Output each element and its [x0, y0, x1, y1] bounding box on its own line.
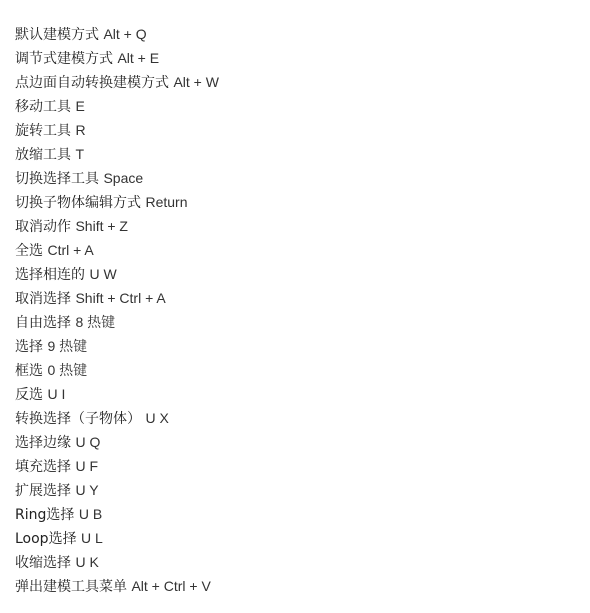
- shortcut-keys: Alt + Ctrl + V: [131, 578, 210, 594]
- shortcut-list: 默认建模方式 Alt + Q 调节式建模方式 Alt + E 点边面自动转换建模…: [15, 22, 219, 598]
- shortcut-keys: Shift + Z: [75, 218, 128, 234]
- shortcut-keys: U F: [75, 458, 98, 474]
- shortcut-action: 移动工具: [15, 99, 71, 115]
- shortcut-keys: U W: [89, 266, 116, 282]
- shortcut-item-rotate-tool: 旋转工具 R: [15, 118, 219, 142]
- shortcut-keys: T: [75, 146, 84, 162]
- shortcut-keys: U B: [79, 506, 102, 522]
- shortcut-action: 框选: [15, 363, 43, 379]
- shortcut-action: Ring选择: [15, 507, 74, 523]
- shortcut-keys: 8 热键: [75, 314, 115, 330]
- shortcut-item-invert-select: 反选 U I: [15, 382, 219, 406]
- shortcut-keys: Alt + E: [117, 50, 159, 66]
- shortcut-item-deselect: 取消选择 Shift + Ctrl + A: [15, 286, 219, 310]
- shortcut-keys: Space: [103, 170, 143, 186]
- shortcut-keys: U L: [81, 530, 103, 546]
- shortcut-item-select-border: 选择边缘 U Q: [15, 430, 219, 454]
- shortcut-item-convert-select: 转换选择（子物体） U X: [15, 406, 219, 430]
- shortcut-item-ring-select: Ring选择 U B: [15, 502, 219, 526]
- shortcut-keys: R: [75, 122, 85, 138]
- shortcut-keys: U X: [145, 410, 168, 426]
- shortcut-keys: Alt + W: [173, 74, 219, 90]
- shortcut-item-modeling-tools-menu: 弹出建模工具菜单 Alt + Ctrl + V: [15, 574, 219, 598]
- shortcut-action: 全选: [15, 243, 43, 259]
- shortcut-action: 取消选择: [15, 291, 71, 307]
- shortcut-keys: U Y: [75, 482, 98, 498]
- shortcut-keys: Shift + Ctrl + A: [75, 290, 165, 306]
- shortcut-item-undo: 取消动作 Shift + Z: [15, 214, 219, 238]
- shortcut-action: 选择边缘: [15, 435, 71, 451]
- shortcut-action: 收缩选择: [15, 555, 71, 571]
- shortcut-item-box-select: 框选 0 热键: [15, 358, 219, 382]
- shortcut-action: 选择相连的: [15, 267, 85, 283]
- shortcut-keys: Alt + Q: [103, 26, 146, 42]
- shortcut-item-switch-select-tool: 切换选择工具 Space: [15, 166, 219, 190]
- shortcut-item-fill-select: 填充选择 U F: [15, 454, 219, 478]
- shortcut-action: 旋转工具: [15, 123, 71, 139]
- shortcut-item-select: 选择 9 热键: [15, 334, 219, 358]
- shortcut-item-grow-select: 扩展选择 U Y: [15, 478, 219, 502]
- shortcut-keys: U K: [75, 554, 98, 570]
- shortcut-action: 弹出建模工具菜单: [15, 579, 127, 595]
- shortcut-keys: Return: [145, 194, 187, 210]
- shortcut-action: 取消动作: [15, 219, 71, 235]
- shortcut-item-adjust-modeling: 调节式建模方式 Alt + E: [15, 46, 219, 70]
- shortcut-action: 默认建模方式: [15, 27, 99, 43]
- shortcut-keys: 0 热键: [47, 362, 87, 378]
- shortcut-action: 选择: [15, 339, 43, 355]
- shortcut-item-scale-tool: 放缩工具 T: [15, 142, 219, 166]
- shortcut-item-select-all: 全选 Ctrl + A: [15, 238, 219, 262]
- shortcut-item-default-modeling: 默认建模方式 Alt + Q: [15, 22, 219, 46]
- shortcut-action: 点边面自动转换建模方式: [15, 75, 169, 91]
- shortcut-action: 扩展选择: [15, 483, 71, 499]
- shortcut-item-shrink-select: 收缩选择 U K: [15, 550, 219, 574]
- shortcut-keys: 9 热键: [47, 338, 87, 354]
- shortcut-keys: Ctrl + A: [47, 242, 93, 258]
- shortcut-keys: U I: [47, 386, 65, 402]
- shortcut-item-switch-subobject-mode: 切换子物体编辑方式 Return: [15, 190, 219, 214]
- shortcut-action: 切换选择工具: [15, 171, 99, 187]
- shortcut-action: 切换子物体编辑方式: [15, 195, 141, 211]
- shortcut-item-auto-convert-modeling: 点边面自动转换建模方式 Alt + W: [15, 70, 219, 94]
- shortcut-action: 自由选择: [15, 315, 71, 331]
- shortcut-action: 放缩工具: [15, 147, 71, 163]
- shortcut-item-loop-select: Loop选择 U L: [15, 526, 219, 550]
- shortcut-item-free-select: 自由选择 8 热键: [15, 310, 219, 334]
- shortcut-action: 填充选择: [15, 459, 71, 475]
- shortcut-item-select-connected: 选择相连的 U W: [15, 262, 219, 286]
- shortcut-keys: U Q: [75, 434, 100, 450]
- shortcut-item-move-tool: 移动工具 E: [15, 94, 219, 118]
- shortcut-action: Loop选择: [15, 531, 77, 547]
- shortcut-action: 反选: [15, 387, 43, 403]
- shortcut-action: 调节式建模方式: [15, 51, 113, 67]
- shortcut-keys: E: [75, 98, 84, 114]
- shortcut-action: 转换选择（子物体）: [15, 411, 141, 427]
